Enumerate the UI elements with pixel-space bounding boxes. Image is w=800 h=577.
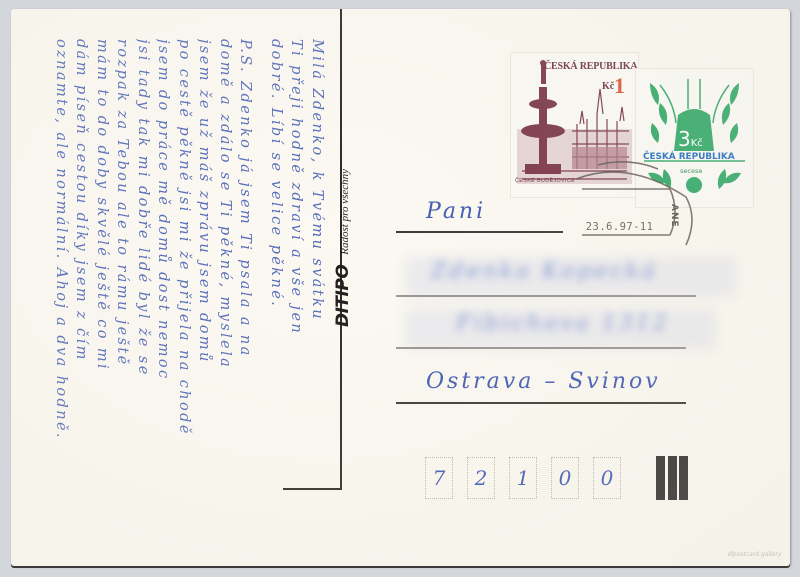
address-city: Ostrava – Svinov [426, 369, 661, 394]
handwritten-message: Milá Zdenko, k Tvému svátku Ti přeji hod… [51, 39, 328, 559]
stamp-caption: secese [680, 167, 702, 175]
postmark-date: 23.6.97-11 [586, 220, 654, 233]
stamp-country: ČESKÁ REPUBLIKA [544, 61, 637, 72]
message-line: jsem že už máš zprávu jsem domů [194, 39, 215, 559]
watermark: Øpostcard.gallery [728, 551, 781, 558]
zip-digit-box: 1 [509, 457, 537, 499]
address-line-3 [396, 347, 686, 349]
stamp-caption: ČESKÉ BUDĚJOVICE [515, 178, 575, 184]
message-line: rozpak za Tebou ale to rámu ještě [112, 39, 133, 559]
message-line: jsi tady tak mi dobře lidé byl že se [133, 39, 154, 559]
divider-foot [283, 488, 342, 490]
zip-code-bar [679, 456, 688, 500]
address-salutation: Pani [426, 199, 486, 224]
stamp-currency: Kč [602, 81, 614, 92]
address-street-redacted: Fibichova 1312 [456, 311, 670, 336]
zip-code-bar [668, 456, 677, 500]
zip-digit-box: 2 [467, 457, 495, 499]
message-line: oznamte, ale normální. Ahoj a dva hodně. [51, 39, 72, 559]
postmark-city: ANE [669, 204, 679, 228]
postcard: Milá Zdenko, k Tvému svátku Ti přeji hod… [11, 9, 790, 566]
message-line: Ti přeji hodně zdraví a vše jen [286, 39, 307, 559]
stamp-value: 1 [614, 73, 625, 99]
zip-digit-box: 0 [593, 457, 621, 499]
stamp-value: 3Kč [678, 127, 703, 151]
address-line-2 [396, 295, 696, 297]
message-line: domě a zdálo se Ti pěkné, myslela [215, 39, 236, 559]
zip-digit-box: 0 [551, 457, 579, 499]
stamp-3kc: 3Kč ČESKÁ REPUBLIKA secese [636, 69, 753, 207]
zip-code-bar [656, 456, 665, 500]
address-line-1 [396, 231, 563, 233]
address-name-redacted: Zdenka Kopecká [431, 259, 658, 284]
message-line: dobré. Líbí se velice pěkné. [266, 39, 287, 559]
stamp-country: ČESKÁ REPUBLIKA [643, 152, 735, 162]
message-line: Milá Zdenko, k Tvému svátku [307, 39, 328, 559]
stamp-value-number: 3 [678, 127, 691, 151]
zip-digit-box: 7 [425, 457, 453, 499]
publisher-brand: DITIPO Radost pro všechny [333, 169, 353, 327]
brand-logo: DITIPO [333, 265, 353, 327]
message-line: jsem do práce mě domů dost nemoc [153, 39, 174, 559]
message-line: mám to do doby skvělé ještě co mi [92, 39, 113, 559]
address-line-4 [396, 402, 686, 404]
brand-tagline: Radost pro všechny [339, 169, 351, 255]
message-line: P.S. Zdenko já jsem Ti psala a na [235, 39, 256, 559]
stamp-1kc: ČESKÁ REPUBLIKA Kč 1 ČESKÉ BUDĚJOVICE [511, 53, 638, 197]
stamp-currency: Kč [691, 138, 703, 149]
message-line: po cestě pěkně jsi mi že přijela na chod… [174, 39, 195, 559]
message-line: dám píseň cestou díky jsem z čím [71, 39, 92, 559]
